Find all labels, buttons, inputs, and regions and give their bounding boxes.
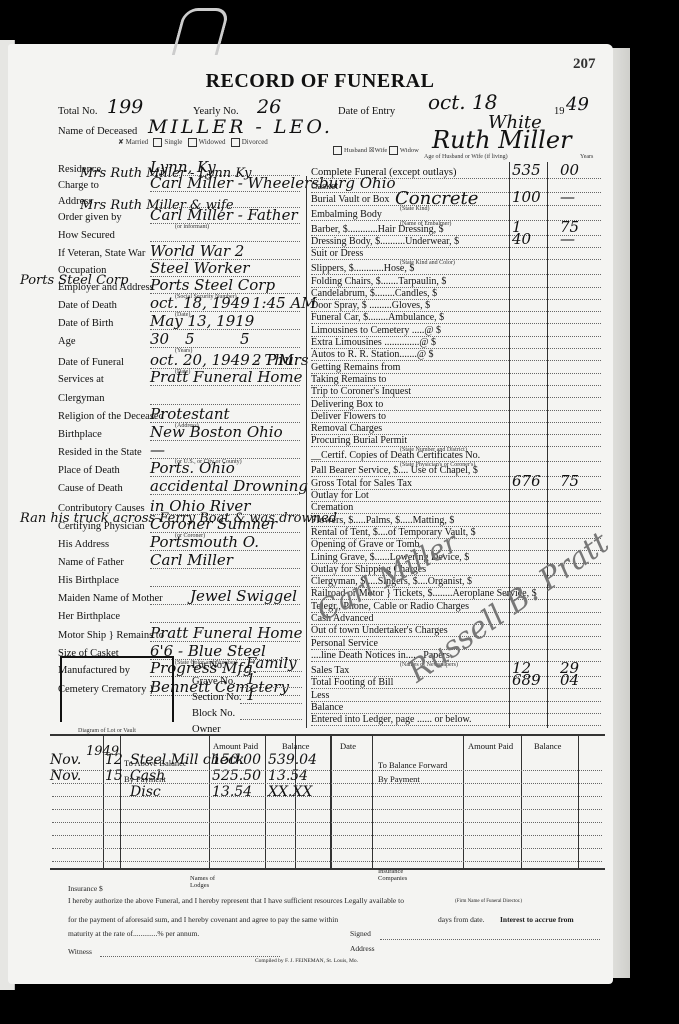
lot-field-label: Lot No. [192,660,225,671]
total-no: 199 [107,96,143,118]
field-annotation: Mrs Ruth Miller & wife [80,198,234,213]
field-value: Portsmouth O. [150,533,259,551]
charge-label: Extra Limousines ..............@ $ [311,337,436,348]
charge-label: Removal Charges [311,423,382,434]
widowed-checkbox [188,138,197,147]
charge-label: Entered into Ledger, page ...... or belo… [311,714,472,725]
charge-label: Taking Remains to [311,374,386,385]
field-value: accidental Drowning [150,477,308,495]
field-value: oct. 18, 1949 [150,294,250,312]
field-label: Date of Funeral [58,357,124,368]
charge-label: Total Footing of Bill [311,677,393,688]
ledger-line[interactable] [52,770,602,771]
field-value: Protestant [150,405,230,423]
charge-label: Burial Vault or Box [311,194,389,205]
ledger-bottom-rule [50,868,605,870]
field-value: May 13, 1919 [150,312,254,330]
charge-label: Limousines to Cemetery .....@ $ [311,325,441,336]
age-days: 5 [240,330,250,348]
interest-note: Interest to accrue from [500,915,574,924]
lot-field-label: Block No. [192,708,235,719]
ledger-right-date-header: Date [340,741,356,751]
charge-label: Outlay for Lot [311,490,369,501]
charge-label: Embalming Body [311,209,382,220]
charge-cents: — [560,230,575,248]
ledger-line[interactable] [52,809,602,810]
ledger-amount: 13.54 [212,784,252,800]
ledger-month: Nov. [50,752,81,768]
charge-label: Door Spray, $ .........Gloves, $ [311,300,430,311]
field-value: 30 [150,330,169,348]
lot-field-value: 1 [246,686,256,704]
spouse-type: Husband ☒Wife Widow [333,146,419,155]
single-checkbox [153,138,162,147]
ledger-balance: XX.XX [268,784,312,800]
yearly-no: 26 [257,96,281,118]
field-label: Her Birthplace [58,611,120,622]
charge-label: Cremation [311,502,353,513]
field-sub-label: (or informant) [175,224,209,230]
lot-field-line[interactable] [240,719,302,720]
field-annotation: Mrs Ruth Miller - Lynn Ky [80,166,251,181]
ledger-right-balance-header: Balance [534,741,561,751]
charge-line[interactable] [311,220,601,221]
field-value: Carl Miller [150,551,233,569]
field-value: World War 2 [150,242,244,260]
charge-line[interactable] [311,701,601,702]
name-label: Name of Deceased [58,126,137,137]
charge-cents: 75 [560,472,579,490]
ledger-line[interactable] [52,861,602,862]
charge-label: Suit or Dress [311,248,363,259]
field-line[interactable] [150,622,300,623]
balance-forward-label: To Balance Forward [378,760,447,770]
charge-label: Funeral Car, $........Ambulance, $ [311,312,444,323]
charge-label: Pall Bearer Service, $.... Use of Chapel… [311,465,478,476]
field-label: Services at [58,374,104,385]
charges-left-border [306,176,307,728]
field-label: Name of Father [58,557,124,568]
field-label: If Veteran, State War [58,248,145,259]
charge-line[interactable] [311,178,601,179]
field-label: Date of Birth [58,318,113,329]
charge-label: Delivering Box to [311,399,383,410]
divorced-checkbox [231,138,240,147]
year-prefix: 19 [554,106,565,117]
husband-checkbox [333,146,342,155]
marital-status: ✘ Married Single Widowed Divorced [118,138,268,147]
field-hour: 2 P.M. [252,351,298,369]
signed-field[interactable] [380,939,600,940]
field-value: Ports. Ohio [150,459,235,477]
charge-label: Procuring Burial Permit [311,435,407,446]
ledger-line[interactable] [52,848,602,849]
date-of-entry-label: Date of Entry [338,106,395,117]
charge-label: Candelabrum, $........Candles, $ [311,288,437,299]
charge-label: Casket [311,181,338,192]
field-value: Steel Worker [150,259,249,277]
charge-line[interactable] [311,501,601,502]
charge-dollars: 40 [512,230,531,248]
charge-cents: 00 [560,161,579,179]
charge-label: Slippers, $............Hose, $ [311,263,414,274]
days-from-date: days from date. [438,915,484,924]
charge-label: Barber, $............Hair Dressing, $ [311,224,444,235]
ledger-balance-header: Balance [282,741,309,751]
companies-label: Insurance Companies [378,868,418,882]
ledger-right-amount-header: Amount Paid [468,741,513,751]
charge-label: Personal Service [311,638,378,649]
field-label: Employer and Address [58,282,154,293]
field-label: Date of Death [58,300,117,311]
field-label: Religion of the Deceased [58,411,164,422]
witness-label: Witness [68,947,92,956]
charge-label: __Certif. Copies of Death Certificates N… [311,450,480,461]
total-no-label: Total No. [58,106,98,117]
field-label: Maiden Name of Mother [58,593,163,604]
signed-label: Signed [350,929,371,938]
field-value: Ports Steel Corp [150,276,275,294]
charge-label: Gross Total for Sales Tax [311,478,412,489]
charge-label: Folding Chairs, $.......Tarpaulin, $ [311,276,446,287]
charge-line[interactable] [311,688,601,689]
authorization-line2: for the payment of aforesaid sum, and I … [68,915,338,924]
field-label: Charge to [58,180,99,191]
field-label: Age [58,336,76,347]
charge-cents: — [560,188,575,206]
field-value: Pratt Funeral Home [150,624,303,642]
ledger-line[interactable] [52,822,602,823]
ledger-line[interactable] [52,783,602,784]
witness-field[interactable] [100,956,280,957]
charge-dollars: 689 [512,671,541,689]
authorization-line1: I hereby authorize the above Funeral, an… [68,896,404,905]
charge-label: Trip to Coroner's Inquest [311,386,411,397]
ledger-amount-paid-header: Amount Paid [213,741,258,751]
years-label: Years [580,154,593,160]
year-suffix: 49 [566,94,589,115]
compiled-by: Compiled by F. J. FEINEMAN, St. Louis, M… [255,958,358,964]
charge-cents: 04 [560,671,579,689]
lot-field-label: Grave No. [192,676,236,687]
date-of-entry: oct. 18 [428,90,497,114]
ledger-balance: 539.04 [268,752,317,768]
field-value: Jewel Swiggel [190,587,297,605]
charge-label: Deliver Flowers to [311,411,386,422]
field-label: Birthplace [58,429,102,440]
charge-sub-label: (State Kind) [400,206,430,212]
field-value: Coroner Sumner [150,515,277,533]
field-value: — [150,441,165,459]
age-months: 5 [185,330,195,348]
charge-label: Complete Funeral (except outlays) [311,167,457,178]
spouse-name: Ruth Miller [432,126,572,154]
field-label: His Birthplace [58,575,119,586]
field-label: Motor Ship } Remains to [58,630,164,641]
rate-line: maturity at the rate of.............% pe… [68,929,199,938]
married-checkbox: ✘ [118,138,124,146]
field-label: Clergyman [58,393,104,404]
charge-label: Flowers, $.....Palms, $.....Matting, $ [311,515,454,526]
ledger-desc-label: To Above Balance [124,758,187,768]
ledger-day: 12 [105,752,123,768]
lot-diagram [60,656,174,722]
charge-label: Balance [311,702,343,713]
lodges-label: Names of Lodges [190,875,220,889]
field-label: How Secured [58,230,115,241]
charge-label: Autos to R. R. Station.......@ $ [311,349,434,360]
address-label: Address [350,944,375,953]
charge-label: Out of town Undertaker's Charges [311,625,448,636]
charge-dollars: 676 [512,472,541,490]
field-value: New Boston Ohio [150,423,283,441]
deceased-name: MILLER - LEO. [148,116,333,138]
field-label: Resided in the State [58,447,142,458]
insurance-label: Insurance $ [68,884,103,893]
ledger-line[interactable] [52,835,602,836]
widow-checkbox [389,146,398,155]
field-label: His Address [58,539,109,550]
charge-line[interactable] [311,259,601,260]
ledger-desc: Disc [130,784,161,800]
field-label: Order given by [58,212,122,223]
charge-dollars: 100 [512,188,541,206]
field-label: Certifying Physician [58,521,145,532]
charge-line[interactable] [311,725,601,726]
field-value: Pratt Funeral Home [150,368,303,386]
charge-label: Sales Tax [311,665,349,676]
charge-label: Less [311,690,329,701]
field-label: Cause of Death [58,483,123,494]
ledger-line[interactable] [52,796,602,797]
charge-label: Getting Remains from [311,362,400,373]
spouse-age-label: Age of Husband or Wife (if living) [424,154,508,160]
charge-label: Dressing Body, $..........Underwear, $ [311,236,459,247]
lot-field-label: Section No. [192,692,242,703]
field-label: Place of Death [58,465,120,476]
charge-dollars: 535 [512,161,541,179]
director-note: (Firm Name of Funeral Director.) [455,899,522,904]
field-line[interactable] [150,347,300,348]
ledger-amount: 150.00 [212,752,261,768]
page-title: RECORD OF FUNERAL [0,70,640,93]
